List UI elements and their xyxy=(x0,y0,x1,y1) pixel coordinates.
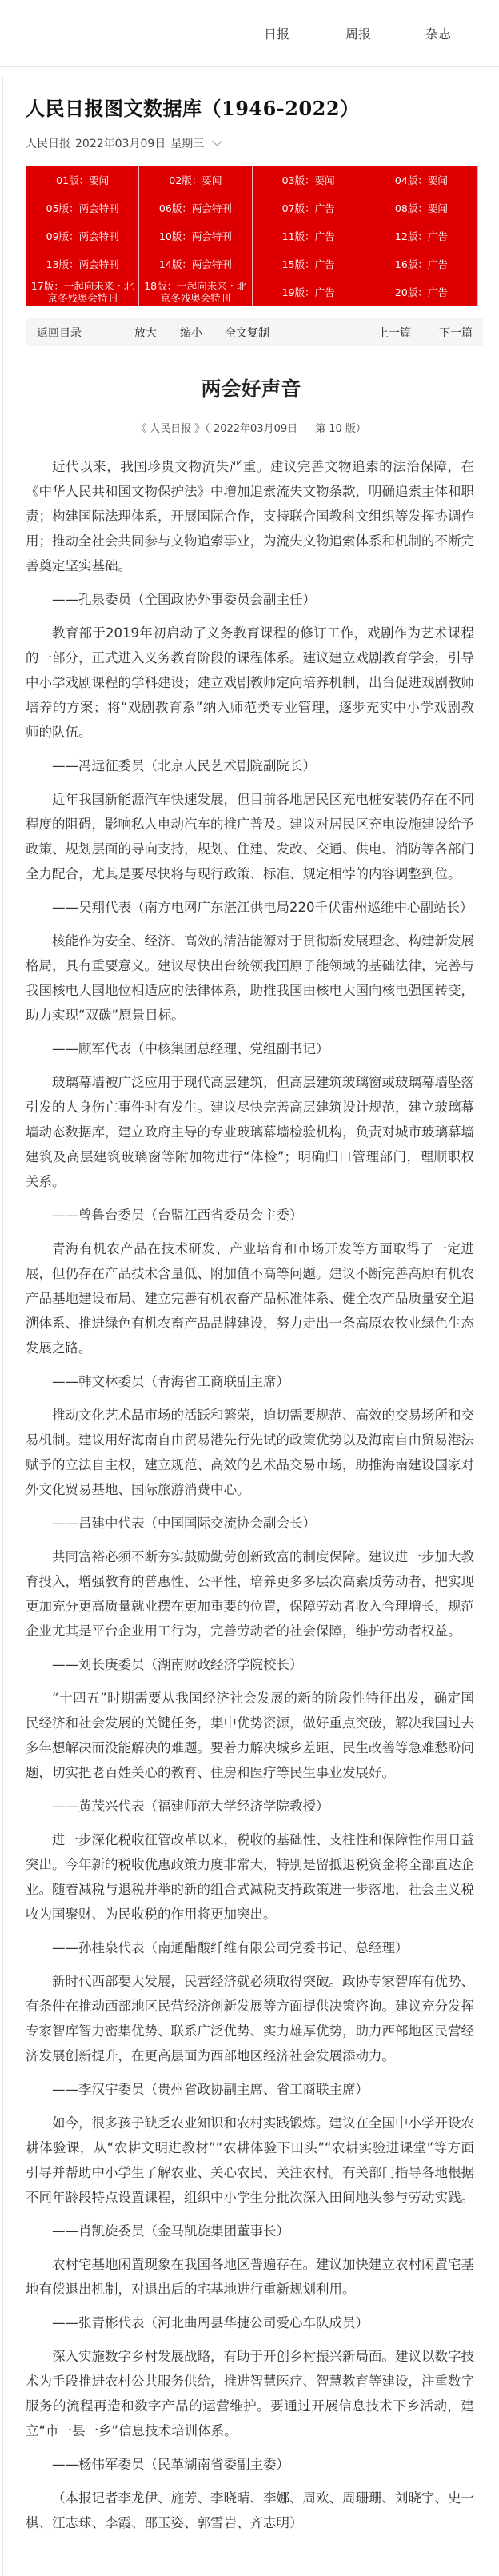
issue-weekday: 星期三 xyxy=(170,135,204,151)
reporter-credit: （本报记者李龙伊、施芳、李晓晴、李娜、周欢、周珊珊、刘晓宇、史一棋、汪志球、李霞… xyxy=(26,2486,474,2535)
top-nav: 日报 周报 杂志 xyxy=(0,0,499,67)
edition-link[interactable]: 09版：两会特刊 xyxy=(26,222,139,250)
article-title: 两会好声音 xyxy=(3,373,499,402)
edition-link[interactable]: 06版：两会特刊 xyxy=(139,194,252,222)
nav-magazine[interactable]: 杂志 xyxy=(425,24,451,42)
edition-link[interactable]: 03版：要闻 xyxy=(252,166,365,194)
edition-link[interactable]: 04版：要闻 xyxy=(365,166,477,194)
speaker-attribution: ——曾鲁台委员（台盟江西省委员会主委） xyxy=(26,1203,474,1228)
article-paragraph: 共同富裕必须不断夯实鼓励勤劳创新致富的制度保障。建议进一步加大教育投入，增强教育… xyxy=(26,1544,474,1643)
speaker-attribution: ——顾军代表（中核集团总经理、党组副书记） xyxy=(26,1036,474,1061)
edition-link[interactable]: 14版：两会特刊 xyxy=(139,250,252,278)
edition-link[interactable]: 13版：两会特刊 xyxy=(26,250,139,278)
issue-date: 2022年03月09日 xyxy=(75,135,166,151)
article-paragraph: 如今，很多孩子缺乏农业知识和农村实践锻炼。建议在全国中小学开设农耕体验课，从“农… xyxy=(26,2111,474,2210)
speaker-attribution: ——杨伟军委员（民革湖南省委副主委） xyxy=(26,2452,474,2477)
article-toolbar: 返回目录 放大 缩小 全文复制 上一篇 下一篇 xyxy=(26,318,483,346)
speaker-attribution: ——刘长庚委员（湖南财政经济学院校长） xyxy=(26,1652,474,1677)
page-header: 人民日报图文数据库（1946-2022） 人民日报 2022年03月09日 星期… xyxy=(3,77,499,306)
speaker-attribution: ——韩文林委员（青海省工商联副主席） xyxy=(26,1369,474,1394)
article-paragraph: 青海有机农产品在技术研发、产业培育和市场开发等方面取得了一定进展，但仍存在产品技… xyxy=(26,1236,474,1360)
article-paragraph: 农村宅基地闲置现象在我国各地区普遍存在。建议加快建立农村闲置宅基地有偿退出机制，… xyxy=(26,2252,474,2302)
article-paragraph: 近代以来，我国珍贵文物流失严重。建议完善文物追索的法治保障，在《中华人民共和国文… xyxy=(26,454,474,578)
edition-link[interactable]: 10版：两会特刊 xyxy=(139,222,252,250)
article-source: 《 人民日报 》（ 2022年03月09日 xyxy=(136,423,297,435)
edition-row: 13版：两会特刊14版：两会特刊15版：广告16版：广告 xyxy=(26,250,478,278)
page-title: 人民日报图文数据库（1946-2022） xyxy=(26,93,499,121)
edition-link[interactable]: 20版：广告 xyxy=(365,278,477,306)
edition-link[interactable]: 16版：广告 xyxy=(365,250,477,278)
edition-link[interactable]: 01版：要闻 xyxy=(26,166,139,194)
edition-link[interactable]: 18版：一起向未来・北京冬残奥会特刊 xyxy=(139,278,252,306)
prev-article-button[interactable]: 上一篇 xyxy=(377,325,411,341)
article-meta: 《 人民日报 》（ 2022年03月09日第 10 版） xyxy=(3,420,499,435)
article-paragraph: 玻璃幕墙被广泛应用于现代高层建筑，但高层建筑玻璃窗或玻璃幕墙坠落引发的人身伤亡事… xyxy=(26,1070,474,1194)
speaker-attribution: ——黄茂兴代表（福建师范大学经济学院教授） xyxy=(26,1794,474,1819)
edition-link[interactable]: 17版：一起向未来・北京冬残奥会特刊 xyxy=(26,278,139,306)
copy-all-button[interactable]: 全文复制 xyxy=(225,325,269,341)
edition-link[interactable]: 15版：广告 xyxy=(252,250,365,278)
paper-name: 人民日报 xyxy=(26,135,70,151)
date-selector[interactable]: 人民日报 2022年03月09日 星期三 xyxy=(26,135,499,151)
speaker-attribution: ——冯远征委员（北京人民艺术剧院副院长） xyxy=(26,753,474,778)
article-paragraph: 教育部于2019年初启动了义务教育课程的修订工作，戏剧作为艺术课程的一部分，正式… xyxy=(26,621,474,745)
edition-grid: 01版：要闻02版：要闻03版：要闻04版：要闻05版：两会特刊06版：两会特刊… xyxy=(26,166,478,306)
back-to-index-button[interactable]: 返回目录 xyxy=(37,325,82,341)
edition-row: 09版：两会特刊10版：两会特刊11版：广告12版：广告 xyxy=(26,222,478,250)
article-body: 近代以来，我国珍贵文物流失严重。建议完善文物追索的法治保障，在《中华人民共和国文… xyxy=(3,435,499,2576)
edition-link[interactable]: 02版：要闻 xyxy=(139,166,252,194)
zoom-in-button[interactable]: 放大 xyxy=(134,325,157,341)
edition-link[interactable]: 11版：广告 xyxy=(252,222,365,250)
speaker-attribution: ——李汉宇委员（贵州省政协副主席、省工商联主席） xyxy=(26,2077,474,2102)
edition-link[interactable]: 07版：广告 xyxy=(252,194,365,222)
speaker-attribution: ——吴翔代表（南方电网广东湛江供电局220千伏雷州巡维中心副站长） xyxy=(26,895,474,920)
article-paragraph: 近年我国新能源汽车快速发展，但目前各地居民区充电桩安装仍存在不同程度的阻碍，影响… xyxy=(26,787,474,886)
article-paragraph: 深入实施数字乡村发展战略，有助于开创乡村振兴新局面。建议以数字技术为手段推进农村… xyxy=(26,2344,474,2443)
speaker-attribution: ——张青彬代表（河北曲周县华捷公司爱心车队成员） xyxy=(26,2310,474,2335)
speaker-attribution: ——吕建中代表（中国国际交流协会副会长） xyxy=(26,1511,474,1536)
main-frame: 人民日报图文数据库（1946-2022） 人民日报 2022年03月09日 星期… xyxy=(2,77,499,2576)
nav-daily[interactable]: 日报 xyxy=(264,24,289,42)
nav-weekly[interactable]: 周报 xyxy=(345,24,371,42)
speaker-attribution: ——孔泉委员（全国政协外事委员会副主任） xyxy=(26,587,474,612)
edition-row: 17版：一起向未来・北京冬残奥会特刊18版：一起向未来・北京冬残奥会特刊19版：… xyxy=(26,278,478,306)
edition-link[interactable]: 05版：两会特刊 xyxy=(26,194,139,222)
article-paragraph: “十四五”时期需要从我国经济社会发展的新的阶段性特征出发，确定国民经济和社会发展… xyxy=(26,1686,474,1785)
article-paragraph: 新时代西部要大发展，民营经济就必须取得突破。政协专家智库有优势、有条件在推动西部… xyxy=(26,1969,474,2068)
article-paragraph: 核能作为安全、经济、高效的清洁能源对于贯彻新发展理念、构建新发展格局，具有重要意… xyxy=(26,929,474,1028)
article-page: 第 10 版） xyxy=(315,423,366,435)
speaker-attribution: ——孙桂泉代表（南通醋酸纤维有限公司党委书记、总经理） xyxy=(26,1935,474,1960)
edition-link[interactable]: 12版：广告 xyxy=(365,222,477,250)
zoom-out-button[interactable]: 缩小 xyxy=(180,325,202,341)
next-article-button[interactable]: 下一篇 xyxy=(439,325,473,341)
chevron-down-icon[interactable] xyxy=(212,136,222,146)
speaker-attribution: ——肖凯旋委员（金马凯旋集团董事长） xyxy=(26,2219,474,2243)
edition-link[interactable]: 19版：广告 xyxy=(252,278,365,306)
edition-row: 05版：两会特刊06版：两会特刊07版：广告08版：要闻 xyxy=(26,194,478,222)
article-paragraph: 进一步深化税收征管改革以来，税收的基础性、支柱性和保障性作用日益突出。今年新的税… xyxy=(26,1827,474,1927)
article-paragraph: 推动文化艺术品市场的活跃和繁荣，迫切需要规范、高效的交易场所和交易机制。建议用好… xyxy=(26,1403,474,1502)
edition-row: 01版：要闻02版：要闻03版：要闻04版：要闻 xyxy=(26,166,478,194)
edition-link[interactable]: 08版：要闻 xyxy=(365,194,477,222)
